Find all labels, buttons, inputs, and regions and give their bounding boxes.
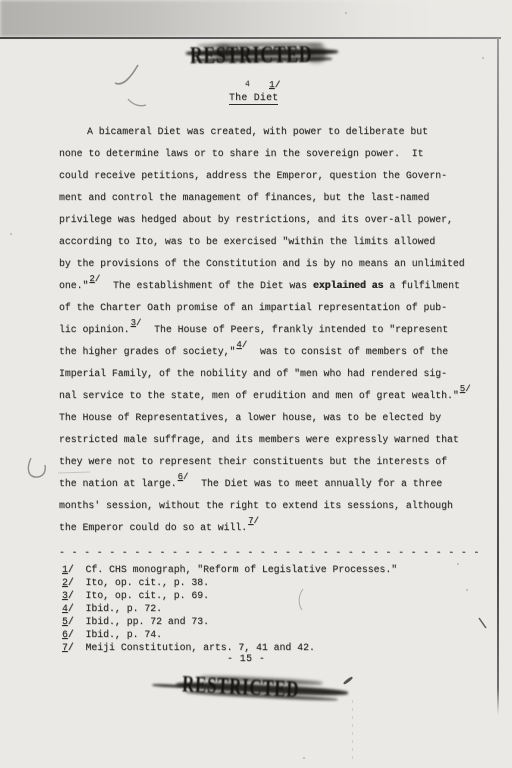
footnote: 5/ Ibid., pp. 72 and 73. [62, 616, 397, 629]
body-line: months' session, without the right to ex… [59, 500, 472, 522]
body-line: according to Ito, was to be exercised "w… [59, 236, 472, 258]
pencil-dash [128, 99, 146, 106]
footnote: 2/ Ito, op. cit., p. 38. [62, 577, 397, 590]
body-line: could receive petitions, address the Emp… [59, 170, 472, 192]
body-text-run: a fulfilment [383, 280, 459, 291]
footnote-separator: - - - - - - - - - - - - - - - - - - - - … [59, 547, 480, 558]
pencil-curve [28, 458, 45, 477]
speck [482, 57, 484, 59]
body-line: restricted male suffrage, and its member… [59, 434, 472, 456]
body-text-run: The House of Peers, frankly intended to … [142, 324, 448, 335]
body-line: of the Charter Oath promise of an impart… [59, 302, 472, 324]
body-text-run: The House of Representatives, a lower ho… [59, 412, 441, 423]
pencil-numeral: 4 [245, 80, 250, 89]
body-line: one."2/ The establishment of the Diet wa… [59, 280, 472, 302]
body-text-run: restricted male suffrage, and its member… [59, 434, 459, 445]
footnote: 6/ Ibid., p. 74. [62, 629, 397, 642]
footnote: 1/ Cf. CHS monograph, "Reform of Legisla… [62, 564, 397, 577]
body-text-run: ment and control the management of finan… [59, 192, 429, 203]
footnote-list: 1/ Cf. CHS monograph, "Reform of Legisla… [62, 564, 397, 655]
speck [466, 589, 468, 591]
footnote-ref: 3/ [131, 318, 142, 328]
restricted-stamp-top: RESTRICTED [188, 39, 338, 73]
footnote-marker: 2/ [62, 577, 74, 588]
footnote: 4/ Ibid., p. 72. [62, 603, 397, 616]
body-text-run: none to determine laws or to share in th… [59, 148, 424, 159]
footnote-ref: 5/ [460, 384, 471, 394]
fold-shadow [352, 700, 353, 762]
ink-blot [216, 44, 231, 59]
footnote-ref: 2/ [89, 274, 100, 284]
ink-blot [306, 44, 326, 62]
body-line: Imperial Family, of the nobility and of … [59, 368, 472, 390]
body-line: they were not to represent their constit… [59, 456, 472, 478]
footnote-marker: 3/ [62, 590, 74, 601]
body-line: nal service to the state, men of eruditi… [59, 390, 472, 412]
speck [345, 12, 347, 14]
body-text-run: they were not to represent their constit… [59, 456, 447, 467]
footnote-marker: 1/ [62, 564, 74, 575]
page-edge-top [0, 37, 501, 39]
footnote-ref: 7/ [248, 516, 259, 526]
pencil-checkmark [115, 65, 138, 84]
body-text-run: could receive petitions, address the Emp… [59, 170, 447, 181]
footnote-marker: 5/ [62, 616, 74, 627]
footnote-marker: 7/ [62, 642, 74, 653]
speck [10, 233, 12, 235]
body-text-run: The establishment of the Diet was [101, 280, 313, 291]
body-line: lic opinion.3/ The House of Peers, frank… [59, 324, 472, 346]
body-text-run: the nation at large. [59, 478, 177, 489]
body-line: the higher grades of society,"4/ was to … [59, 346, 472, 368]
strike-hook [343, 676, 354, 685]
body-text-run: the Emperor could do so at will. [59, 522, 247, 533]
body-line: none to determine laws or to share in th… [59, 148, 472, 170]
body-line: the nation at large.6/ The Diet was to m… [59, 478, 472, 500]
body-text-run: the higher grades of society," [59, 346, 235, 357]
body-line: ment and control the management of finan… [59, 192, 472, 214]
page-edge-right [497, 38, 499, 715]
body-text-run: lic opinion. [59, 324, 130, 335]
body-text-run: was to consist of members of the [248, 346, 448, 357]
speck [303, 757, 305, 759]
body-text: A bicameral Diet was created, with power… [59, 126, 472, 544]
footnote-marker: 6/ [62, 629, 74, 640]
body-text-run: of the Charter Oath promise of an impart… [59, 302, 447, 313]
body-text-run: months' session, without the right to ex… [59, 500, 453, 511]
body-line: privilege was hedged about by restrictio… [59, 214, 472, 236]
page-number: - 15 - [227, 653, 265, 664]
body-text-run: privilege was hedged about by restrictio… [59, 214, 453, 225]
body-line: the Emperor could do so at will.7/ [59, 522, 472, 544]
body-text-run: Imperial Family, of the nobility and of … [59, 368, 447, 379]
body-line: The House of Representatives, a lower ho… [59, 412, 472, 434]
title-footnote-ref: 1/ [269, 79, 280, 90]
body-text-run: according to Ito, was to be exercised "w… [59, 236, 435, 247]
body-text-run: A bicameral Diet was created, with power… [87, 126, 428, 137]
footnote: 3/ Ito, op. cit., p. 69. [62, 590, 397, 603]
page-title: The Diet [229, 92, 278, 105]
body-line: A bicameral Diet was created, with power… [59, 126, 472, 148]
footnote-ref: 6/ [178, 472, 189, 482]
footnote-marker: 4/ [62, 603, 74, 614]
stray-mark [479, 618, 486, 628]
restricted-stamp-bottom: RESTRICTED [179, 670, 350, 710]
body-text-run: one." [59, 280, 88, 291]
footnote-ref: 4/ [236, 340, 247, 350]
body-text-run: The Diet was to meet annually for a thre… [189, 478, 442, 489]
body-text-run: nal service to the state, men of eruditi… [59, 390, 459, 401]
document-page: RESTRICTED 4 1/ The Diet A bicameral Die… [0, 0, 512, 768]
body-text-run: by the provisions of the Constitution an… [59, 258, 465, 269]
body-text-emphasis: explained as [313, 280, 384, 291]
body-line: by the provisions of the Constitution an… [59, 258, 472, 280]
scanner-shadow [0, 0, 512, 37]
speck [457, 563, 459, 565]
